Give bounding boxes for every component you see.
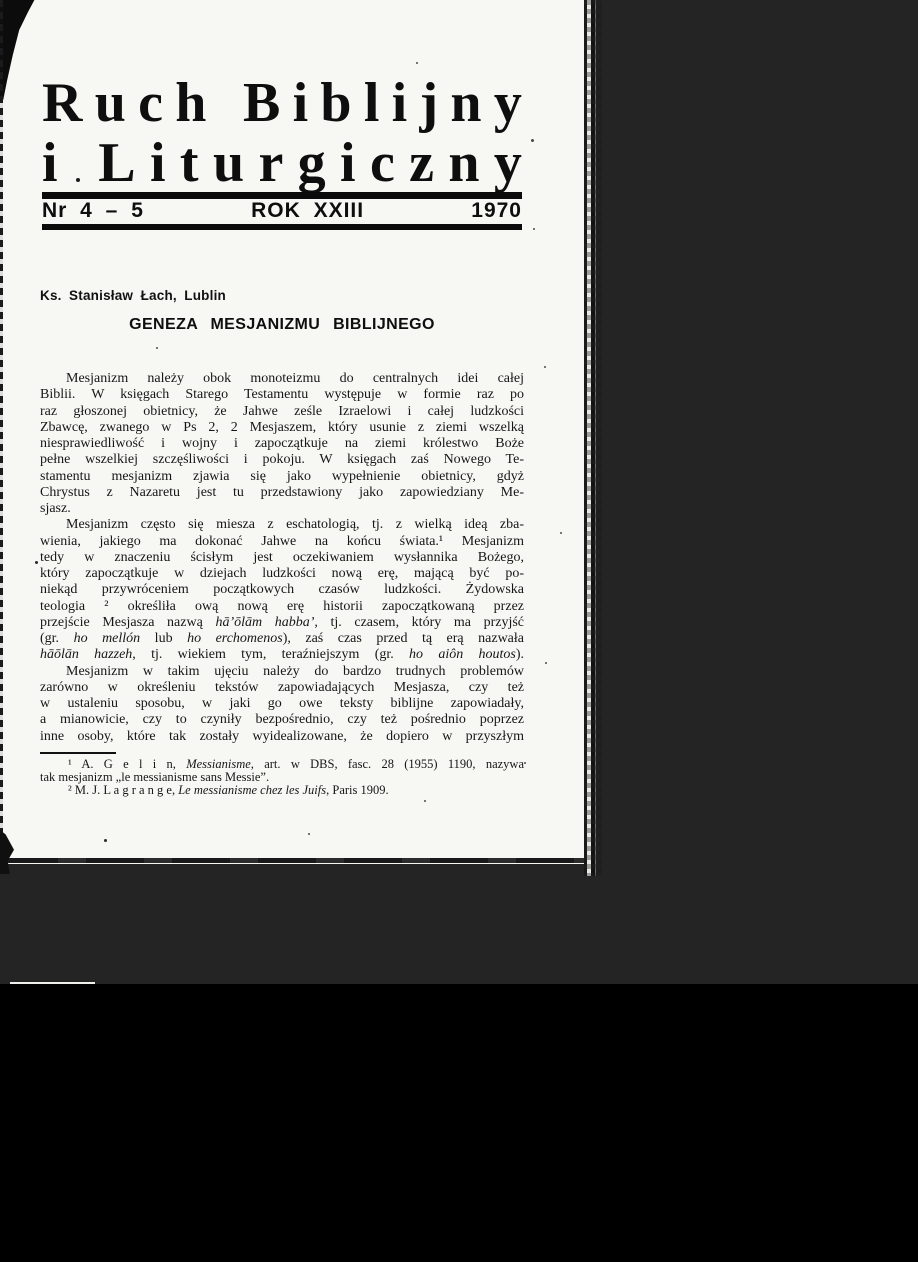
text-line: pełne wszelkiej szczęśliwości i pokoju. …: [40, 452, 524, 468]
masthead-letter: [72, 134, 84, 192]
year-label: 1970: [471, 199, 522, 223]
text-line: przejście Mesjasza nazwą hā’ōlām habba’,…: [40, 615, 524, 631]
masthead-letter: r: [258, 134, 283, 192]
masthead-letter: n: [450, 74, 481, 132]
journal-page: Ruch Biblijny i Liturgiczny Nr 4 – 5 ROK…: [0, 0, 586, 864]
masthead-letter: L: [98, 134, 135, 192]
masthead-letter: j: [419, 74, 438, 132]
text-line: niesprawiedliwość i wojny i zapoczątkuje…: [40, 436, 524, 452]
scan-speckle: [416, 62, 418, 64]
scan-speckle: [531, 139, 534, 142]
masthead-letter: t: [180, 134, 199, 192]
text-line: stamentu mesjanizm zjawia się jako wypeł…: [40, 469, 524, 485]
journal-title-line2: i Liturgiczny: [42, 134, 522, 192]
scan-speckle: [35, 561, 38, 564]
scanned-journal-screenshot: Ruch Biblijny i Liturgiczny Nr 4 – 5 ROK…: [0, 0, 918, 1262]
text-line: hāōlān hazzeh, tj. wiekiem tym, teraźnie…: [40, 647, 524, 663]
text-line: Zbawcę, zwanego w Ps 2, 2 Mesjaszem, któ…: [40, 420, 524, 436]
article-body: Mesjanizm należy obok monoteizmu do cent…: [40, 371, 524, 745]
article-title: GENEZA MESJANIZMU BIBLIJNEGO: [40, 316, 524, 334]
masthead-letter: i: [392, 74, 408, 132]
volume-label: ROK XXIII: [251, 199, 364, 223]
scan-speckle: [545, 662, 547, 664]
masthead-letter: [219, 74, 231, 132]
footnote-separator: [40, 752, 116, 754]
text-line: Chrystus z Nazaretu jest tu przedstawion…: [40, 485, 524, 501]
scan-speckle: [424, 800, 426, 802]
masthead-letter: g: [298, 134, 326, 192]
masthead-letter: c: [138, 74, 163, 132]
masthead-letter: c: [370, 134, 395, 192]
text-line: teologia ² określiła ową nową erę histor…: [40, 599, 524, 615]
masthead-letter: h: [175, 74, 206, 132]
masthead-letter: i: [42, 134, 58, 192]
text-line: Mesjanizm należy obok monoteizmu do cent…: [40, 371, 524, 387]
issue-info-row: Nr 4 – 5 ROK XXIII 1970: [42, 199, 522, 223]
page-bottom-edge-shadow: [0, 858, 586, 863]
article-footnotes: ¹ A. G e l i n, Messianisme, art. w DBS,…: [40, 758, 524, 797]
text-line: wienia, jakiego ma dokonać Jahwe na końc…: [40, 534, 524, 550]
masthead-rule-bottom: [42, 224, 522, 230]
masthead-letter: i: [340, 134, 356, 192]
scan-speckle: [104, 839, 107, 842]
scan-white-dash-artifact: [10, 982, 95, 984]
scan-speckle: [544, 366, 546, 368]
text-line: Mesjanizm często się miesza z eschatolog…: [40, 517, 524, 533]
issue-number: Nr 4 – 5: [42, 199, 144, 223]
text-line: (gr. ho mellón lub ho erchomenos), zaś c…: [40, 631, 524, 647]
article-author: Ks. Stanisław Łach, Lublin: [40, 288, 226, 303]
text-line: tedy w znaczeniu ścisłym jest oczekiwani…: [40, 550, 524, 566]
scan-speckle: [524, 762, 526, 764]
scan-speckle: [533, 228, 535, 230]
text-line: sjasz.: [40, 501, 524, 517]
journal-title-line1: Ruch Biblijny: [42, 74, 522, 132]
scan-speckle: [76, 178, 80, 182]
scan-speckle: [560, 532, 562, 534]
masthead-letter: y: [494, 134, 522, 192]
scan-speckle: [156, 347, 158, 349]
masthead-letter: l: [364, 74, 380, 132]
masthead-letter: n: [448, 134, 479, 192]
masthead-rule-top: [42, 192, 522, 199]
text-line: inne osoby, które tak zostały wyidealizo…: [40, 729, 524, 745]
text-line: który zapoczątkuje w dziejach ludzkości …: [40, 566, 524, 582]
masthead-letter: i: [150, 134, 166, 192]
page-right-edge: [584, 0, 602, 876]
scan-left-edge-artifact: [0, 0, 3, 872]
text-line: zarówno w określeniu tekstów zapowiadają…: [40, 680, 524, 696]
text-line: Biblii. W księgach Starego Testamentu wy…: [40, 387, 524, 403]
text-line: w ustaleniu sposobu, w jaki go owe tekst…: [40, 696, 524, 712]
masthead-letter: R: [42, 74, 82, 132]
text-line: niekąd przywróceniem początkowych czasów…: [40, 582, 524, 598]
masthead-letter: B: [243, 74, 280, 132]
masthead-letter: y: [494, 74, 522, 132]
masthead-letter: z: [409, 134, 434, 192]
masthead-letter: b: [320, 74, 351, 132]
text-line: ² M. J. L a g r a n g e, Le messianisme …: [40, 784, 524, 797]
text-line: raz głoszonej obietnicy, że Jahwe ześle …: [40, 404, 524, 420]
masthead-letter: u: [95, 74, 126, 132]
text-line: a mianowicie, czy to czyniły bezpośredni…: [40, 712, 524, 728]
scan-speckle: [308, 833, 310, 835]
masthead-letter: u: [213, 134, 244, 192]
masthead-letter: i: [293, 74, 309, 132]
text-line: Mesjanizm w takim ujęciu należy do bardz…: [40, 664, 524, 680]
